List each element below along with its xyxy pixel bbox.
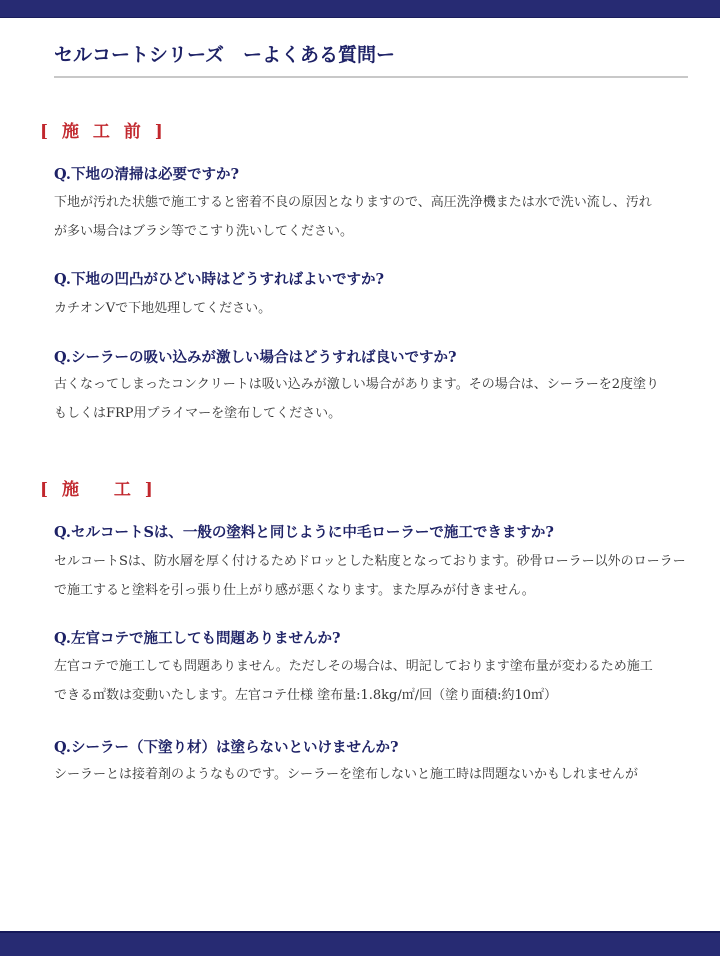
- answer-line: 古くなってしまったコンクリートは吸い込みが激しい場合があります。その場合は、シー…: [54, 370, 694, 399]
- answer-line: カチオンVで下地処理してください。: [54, 294, 694, 323]
- faq-question: Q.下地の凹凸がひどい時はどうすればよいですか?: [54, 268, 384, 289]
- section-heading-before-construction: [ 施 工 前 ]: [40, 117, 167, 142]
- title-divider: [54, 76, 688, 78]
- answer-line: で施工すると塗料を引っ張り仕上がり感が悪くなります。また厚みが付きません。: [54, 576, 694, 605]
- answer-line: 下地が汚れた状態で施工すると密着不良の原因となりますので、高圧洗浄機または水で洗…: [54, 188, 694, 217]
- answer-line: できる㎡数は変動いたします。左官コテ仕様 塗布量:1.8kg/㎡/回（塗り面積:…: [54, 681, 694, 710]
- faq-answer: 古くなってしまったコンクリートは吸い込みが激しい場合があります。その場合は、シー…: [54, 370, 694, 428]
- faq-answer: 左官コテで施工しても問題ありません。ただしその場合は、明記しております塗布量が変…: [54, 652, 694, 710]
- faq-answer: 下地が汚れた状態で施工すると密着不良の原因となりますので、高圧洗浄機または水で洗…: [54, 188, 694, 246]
- answer-line: が多い場合はブラシ等でこすり洗いしてください。: [54, 217, 694, 246]
- faq-question: Q.セルコートSは、一般の塗料と同じように中毛ローラーで施工できますか?: [54, 521, 554, 542]
- answer-line: シーラーとは接着剤のようなものです。シーラーを塗布しないと施工時は問題ないかもし…: [54, 760, 694, 789]
- answer-line: セルコートSは、防水層を厚く付けるためドロッとした粘度となっております。砂骨ロー…: [54, 547, 694, 576]
- faq-answer: セルコートSは、防水層を厚く付けるためドロッとした粘度となっております。砂骨ロー…: [54, 547, 694, 605]
- top-banner-bar: [0, 0, 720, 18]
- faq-answer: シーラーとは接着剤のようなものです。シーラーを塗布しないと施工時は問題ないかもし…: [54, 760, 694, 789]
- faq-question: Q.シーラー（下塗り材）は塗らないといけませんか?: [54, 736, 398, 757]
- faq-answer: カチオンVで下地処理してください。: [54, 294, 694, 323]
- page-title: セルコートシリーズ ーよくある質問ー: [54, 40, 395, 67]
- answer-line: もしくはFRP用プライマーを塗布してください。: [54, 399, 694, 428]
- answer-line: 左官コテで施工しても問題ありません。ただしその場合は、明記しております塗布量が変…: [54, 652, 694, 681]
- bottom-banner-bar: [0, 931, 720, 956]
- faq-question: Q.シーラーの吸い込みが激しい場合はどうすれば良いですか?: [54, 346, 456, 367]
- section-heading-construction: [ 施 工 ]: [40, 475, 157, 500]
- faq-question: Q.左官コテで施工しても問題ありませんか?: [54, 627, 340, 648]
- faq-question: Q.下地の清掃は必要ですか?: [54, 163, 239, 184]
